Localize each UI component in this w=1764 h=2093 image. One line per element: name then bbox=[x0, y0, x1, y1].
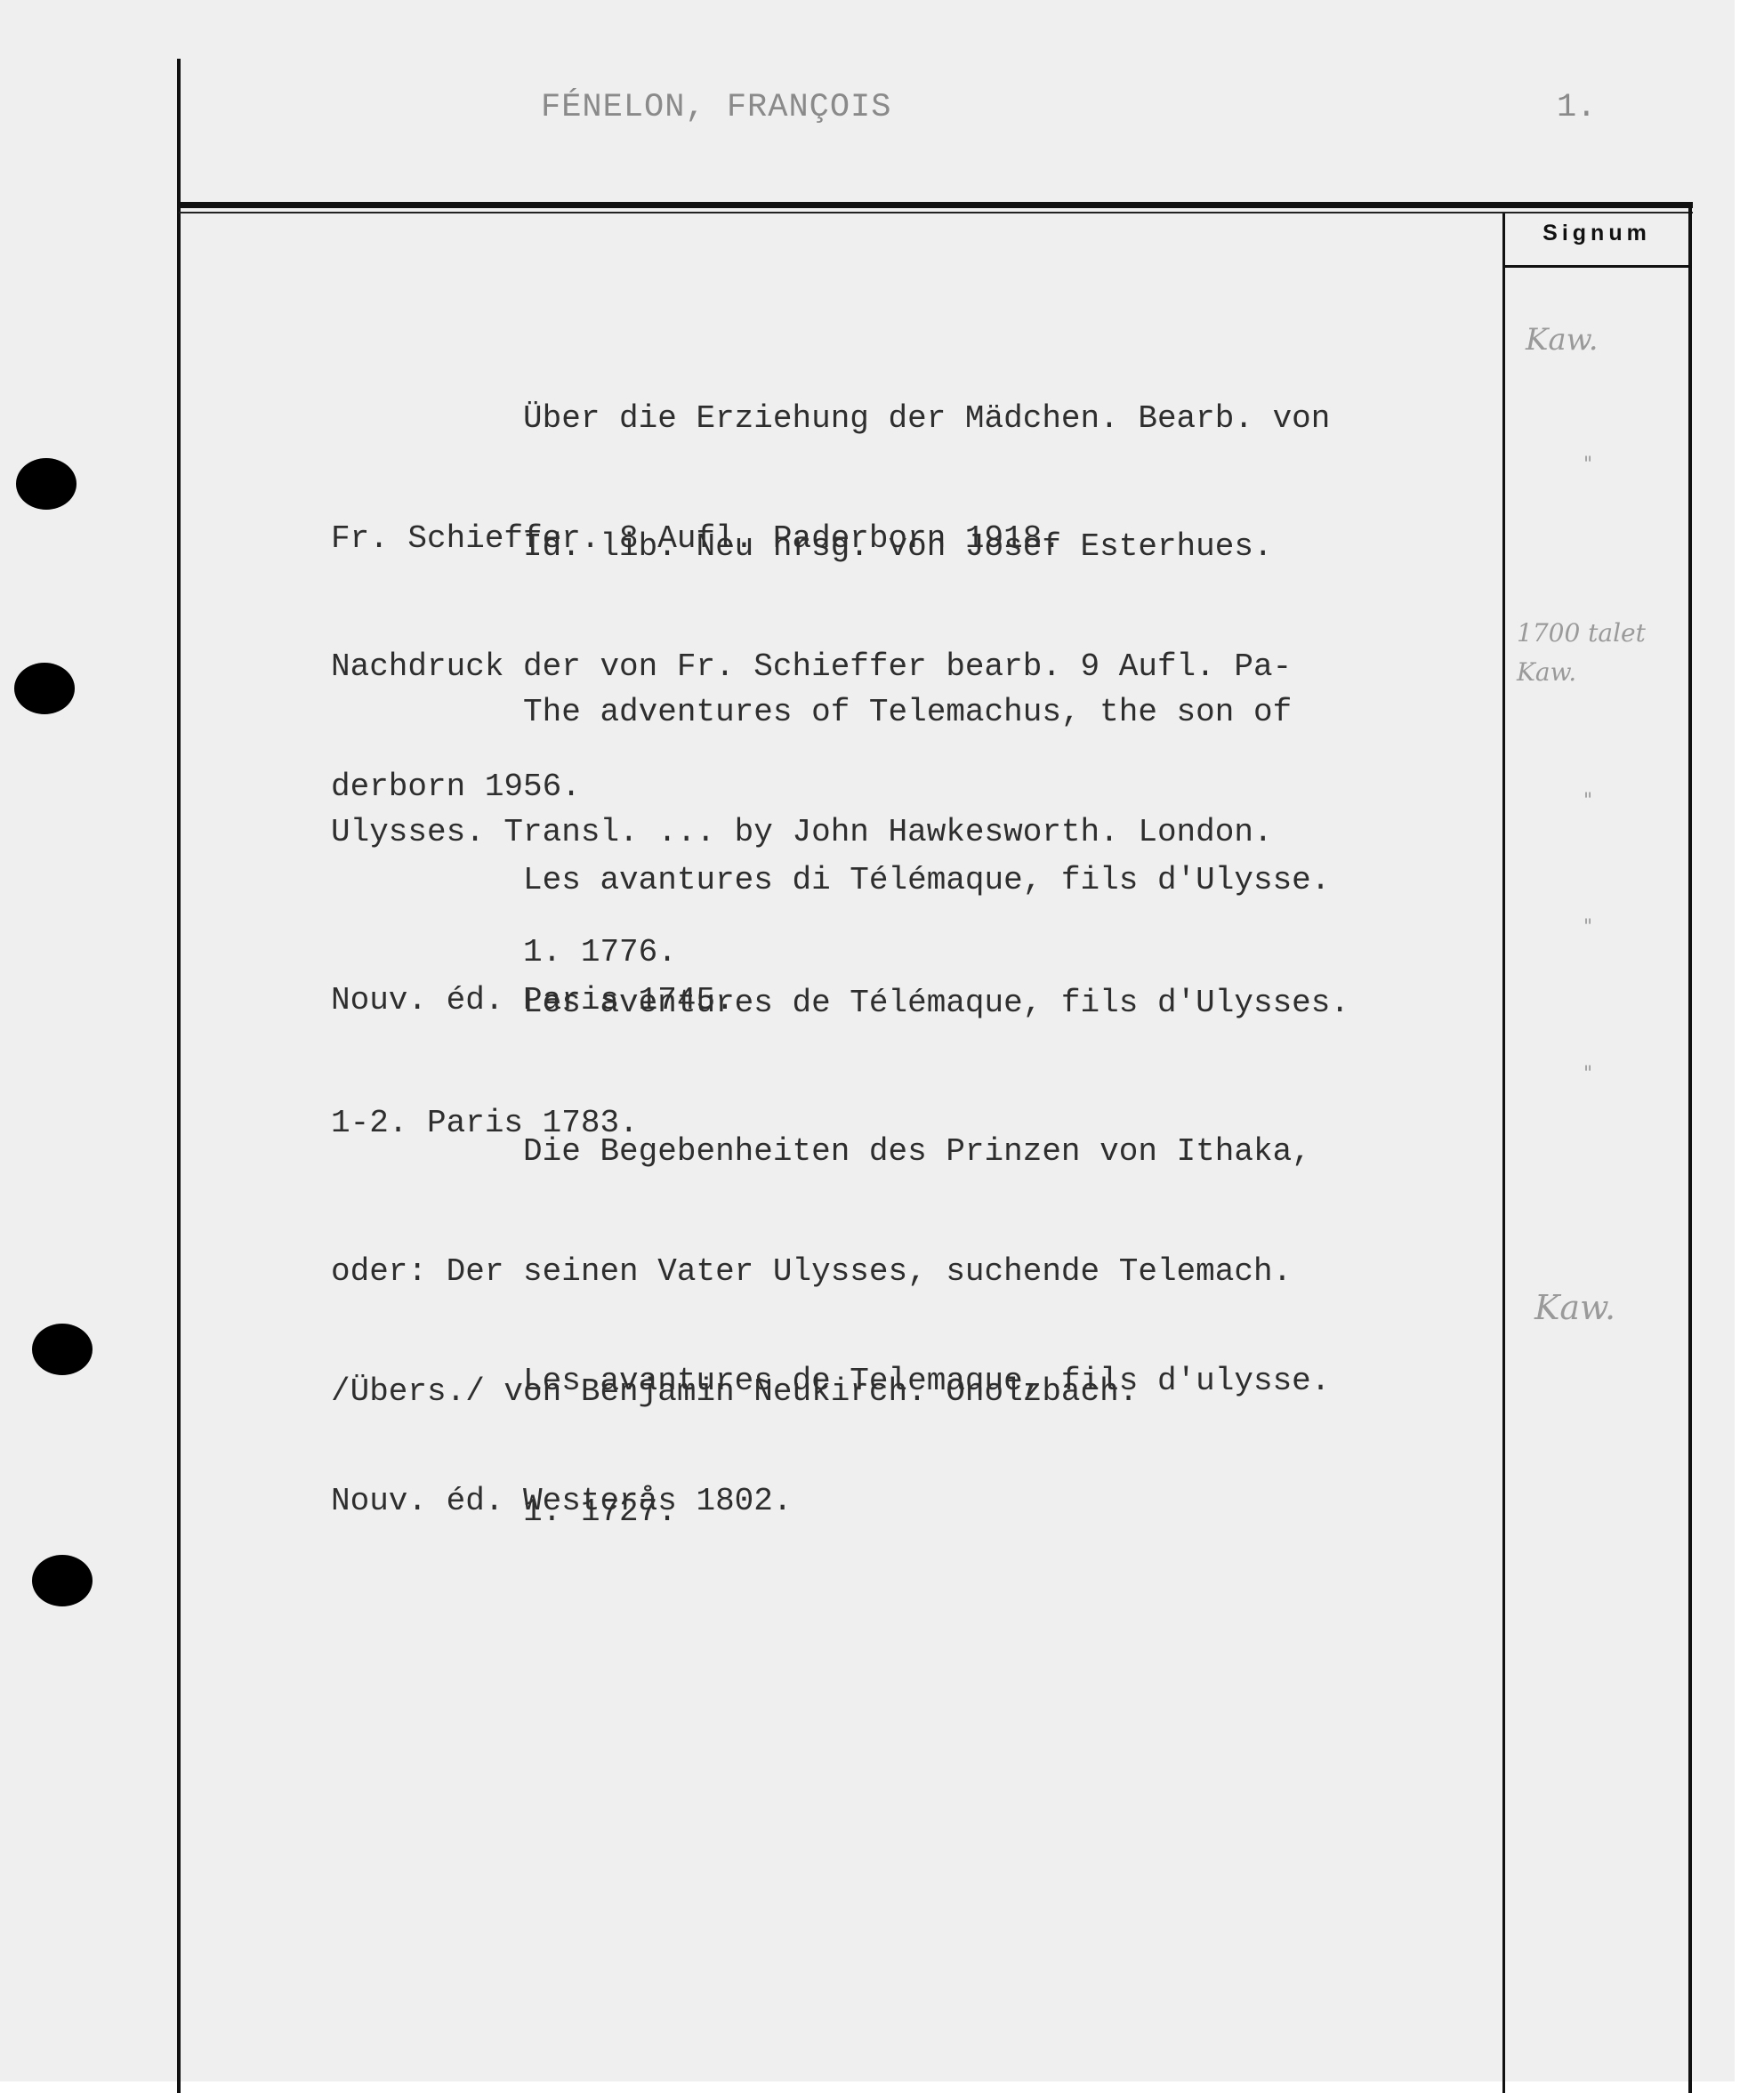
punch-hole bbox=[16, 458, 77, 510]
card-heading: FÉNELON, FRANÇOIS bbox=[541, 89, 891, 126]
signum-note: " bbox=[1583, 1063, 1592, 1085]
entry-line: Id. lib. Neu hrsg. von Josef Esterhues. bbox=[331, 527, 1505, 567]
entry-line: Nouv. éd. Westerås 1802. bbox=[331, 1481, 1505, 1521]
header-rule bbox=[179, 202, 1693, 208]
card-number: 1. bbox=[1557, 89, 1596, 126]
signum-note: " bbox=[1583, 790, 1592, 812]
header-rule-thin bbox=[179, 212, 1693, 213]
entry-line: Les avantures di Télémaque, fils d'Ulyss… bbox=[331, 860, 1505, 900]
punch-hole bbox=[32, 1555, 93, 1606]
entry-line: Die Begebenheiten des Prinzen von Ithaka… bbox=[331, 1131, 1505, 1171]
signum-note: " bbox=[1583, 454, 1592, 476]
entry-line: The adventures of Telemachus, the son of bbox=[331, 692, 1505, 732]
signum-note: Kaw. bbox=[1534, 1288, 1615, 1327]
bibliographic-entry: Les avantures de Telemaque, fils d'ulyss… bbox=[331, 1281, 1505, 1561]
entry-line: Über die Erziehung der Mädchen. Bearb. v… bbox=[331, 398, 1505, 439]
punch-hole bbox=[14, 663, 75, 714]
signum-column-header: Signum bbox=[1505, 221, 1688, 246]
signum-note: 1700 talet Kaw. bbox=[1517, 614, 1646, 692]
entry-line: Les aventures de Télémaque, fils d'Ulyss… bbox=[331, 983, 1505, 1023]
signum-note: " bbox=[1583, 916, 1592, 938]
signum-header-rule bbox=[1503, 265, 1690, 268]
signum-note: Kaw. bbox=[1526, 322, 1599, 358]
entry-line: Les avantures de Telemaque, fils d'ulyss… bbox=[331, 1361, 1505, 1401]
signum-column-right-rule bbox=[1688, 206, 1692, 2093]
left-margin-rule bbox=[177, 59, 181, 2093]
punch-hole bbox=[32, 1324, 93, 1375]
